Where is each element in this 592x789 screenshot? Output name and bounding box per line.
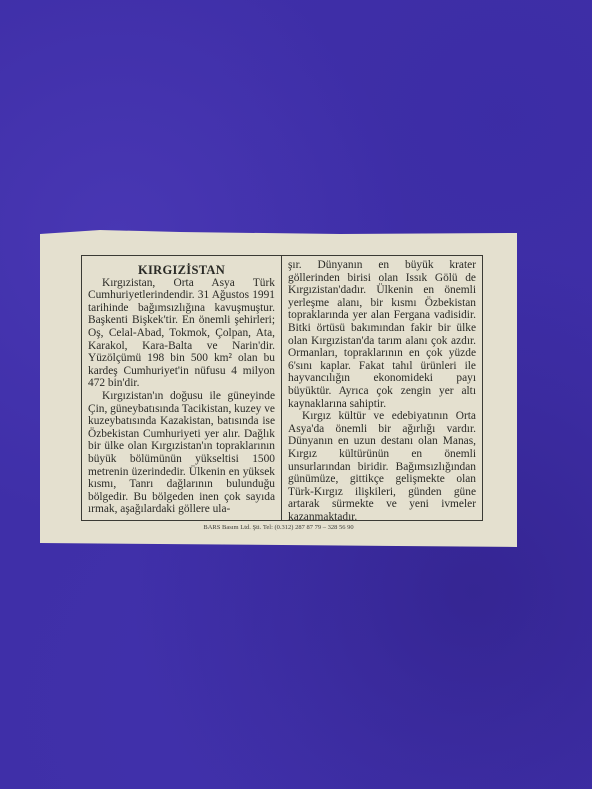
article-paragraph: Kırgızistan, Orta Asya Türk Cumhuriyetle…	[88, 277, 275, 390]
article-title: KIRGIZİSTAN	[88, 264, 275, 277]
paper-card: KIRGIZİSTAN Kırgızistan, Orta Asya Türk …	[40, 230, 517, 547]
publisher-footer: BARS Basım Ltd. Şti. Tel: (0.312) 287 87…	[40, 524, 517, 531]
article-paragraph: Kırgızistan'ın doğusu ile güneyinde Çin,…	[88, 390, 275, 516]
article-column-right: şır. Dünyanın en büyük krater göllerinde…	[282, 256, 482, 520]
article-paragraph: Kırgız kültür ve edebiyatının Orta Asya'…	[288, 410, 476, 523]
article-box: KIRGIZİSTAN Kırgızistan, Orta Asya Türk …	[81, 255, 483, 521]
article-column-left: KIRGIZİSTAN Kırgızistan, Orta Asya Türk …	[82, 256, 282, 520]
article-paragraph: şır. Dünyanın en büyük krater göllerinde…	[288, 259, 476, 410]
